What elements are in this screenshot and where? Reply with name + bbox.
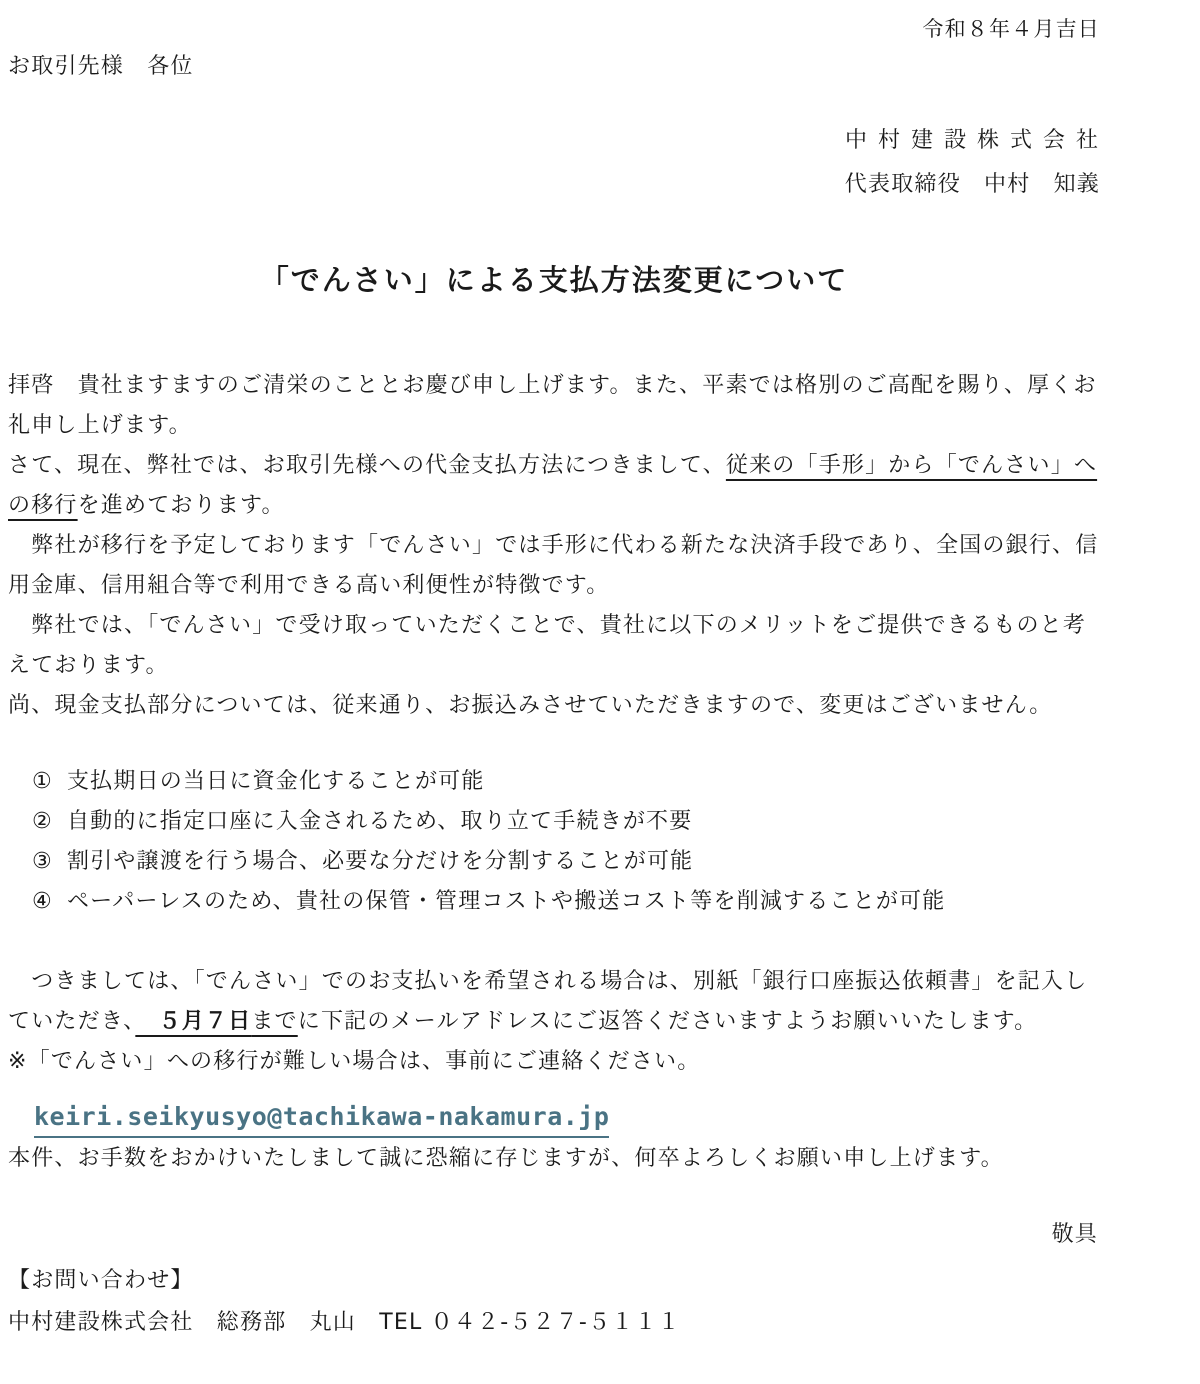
merit-item-4: ④ペーパーレスのため、貴社の保管・管理コストや搬送コスト等を削減することが可能 — [32, 882, 1100, 922]
letter-date: 令和８年４月吉日 — [8, 14, 1100, 44]
paragraph-merit-intro: 弊社では、「でんさい」で受け取っていただくことで、貴社に以下のメリットをご提供で… — [8, 606, 1100, 686]
paragraph-request: つきましては、「でんさい」でのお支払いを希望される場合は、別紙「銀行口座振込依頼… — [8, 962, 1100, 1042]
merit-number-2: ② — [32, 809, 53, 834]
deadline-date: ５月７日 — [135, 1009, 251, 1034]
merit-number-1: ① — [32, 769, 53, 794]
letter-page: 令和８年４月吉日 お取引先様 各位 中 村 建 設 株 式 会 社 代表取締役 … — [0, 0, 1200, 1384]
sender-company: 中 村 建 設 株 式 会 社 — [8, 126, 1100, 156]
letter-body: 拝啓 貴社ますますのご清栄のこととお慶び申し上げます。また、平素では格別のご高配… — [8, 366, 1100, 726]
letter-tail: つきましては、「でんさい」でのお支払いを希望される場合は、別紙「銀行口座振込依頼… — [8, 962, 1100, 1179]
merit-number-3: ③ — [32, 849, 53, 874]
sender-representative: 代表取締役 中村 知義 — [8, 170, 1100, 200]
merit-item-3: ③割引や譲渡を行う場合、必要な分だけを分割することが可能 — [32, 842, 1100, 882]
merit-text-2: 自動的に指定口座に入金されるため、取り立て手続きが不要 — [67, 809, 693, 834]
paragraph-transition: さて、現在、弊社では、お取引先様への代金支払方法につきまして、従来の「手形」から… — [8, 446, 1100, 526]
merit-number-4: ④ — [32, 889, 53, 914]
transition-post: を進めております。 — [78, 493, 285, 518]
paragraph-densai-description: 弊社が移行を予定しております「でんさい」では手形に代わる新たな決済手段であり、全… — [8, 526, 1100, 606]
merit-text-3: 割引や譲渡を行う場合、必要な分だけを分割することが可能 — [67, 849, 693, 874]
merit-list: ①支払期日の当日に資金化することが可能 ②自動的に指定口座に入金されるため、取り… — [8, 762, 1100, 922]
paragraph-greeting: 拝啓 貴社ますますのご清栄のこととお慶び申し上げます。また、平素では格別のご高配… — [8, 366, 1100, 446]
merit-text-4: ペーパーレスのため、貴社の保管・管理コストや搬送コスト等を削減することが可能 — [67, 889, 946, 914]
paragraph-note: ※「でんさい」への移行が難しい場合は、事前にご連絡ください。 — [8, 1042, 1100, 1082]
sender-block: 中 村 建 設 株 式 会 社 代表取締役 中村 知義 — [8, 126, 1100, 200]
contact-line: 中村建設株式会社 総務部 丸山 TEL ０４２-５２７-５１１１ — [8, 1305, 1100, 1341]
merit-item-1: ①支払期日の当日に資金化することが可能 — [32, 762, 1100, 802]
paragraph-cash-note: 尚、現金支払部分については、従来通り、お振込みさせていただきますので、変更はござ… — [8, 686, 1100, 726]
paragraph-final: 本件、お手数をおかけいたしまして誠に恐縮に存じますが、何卒よろしくお願い申し上げ… — [8, 1139, 1100, 1179]
recipient-line: お取引先様 各位 — [8, 52, 1100, 82]
merit-text-1: 支払期日の当日に資金化することが可能 — [67, 769, 485, 794]
deadline-made: まで — [251, 1009, 297, 1034]
contact-heading: 【お問い合わせ】 — [8, 1263, 1100, 1299]
closing-keigu: 敬具 — [8, 1217, 1100, 1253]
email-link[interactable]: keiri.seikyusyo@tachikawa-nakamura.jp — [34, 1102, 609, 1138]
request-post: に下記のメールアドレスにご返答くださいますようお願いいたします。 — [298, 1009, 1038, 1034]
document-title: 「でんさい」による支払方法変更について — [8, 258, 1100, 302]
merit-item-2: ②自動的に指定口座に入金されるため、取り立て手続きが不要 — [32, 802, 1100, 842]
transition-pre: さて、現在、弊社では、お取引先様への代金支払方法につきまして、 — [8, 453, 726, 478]
